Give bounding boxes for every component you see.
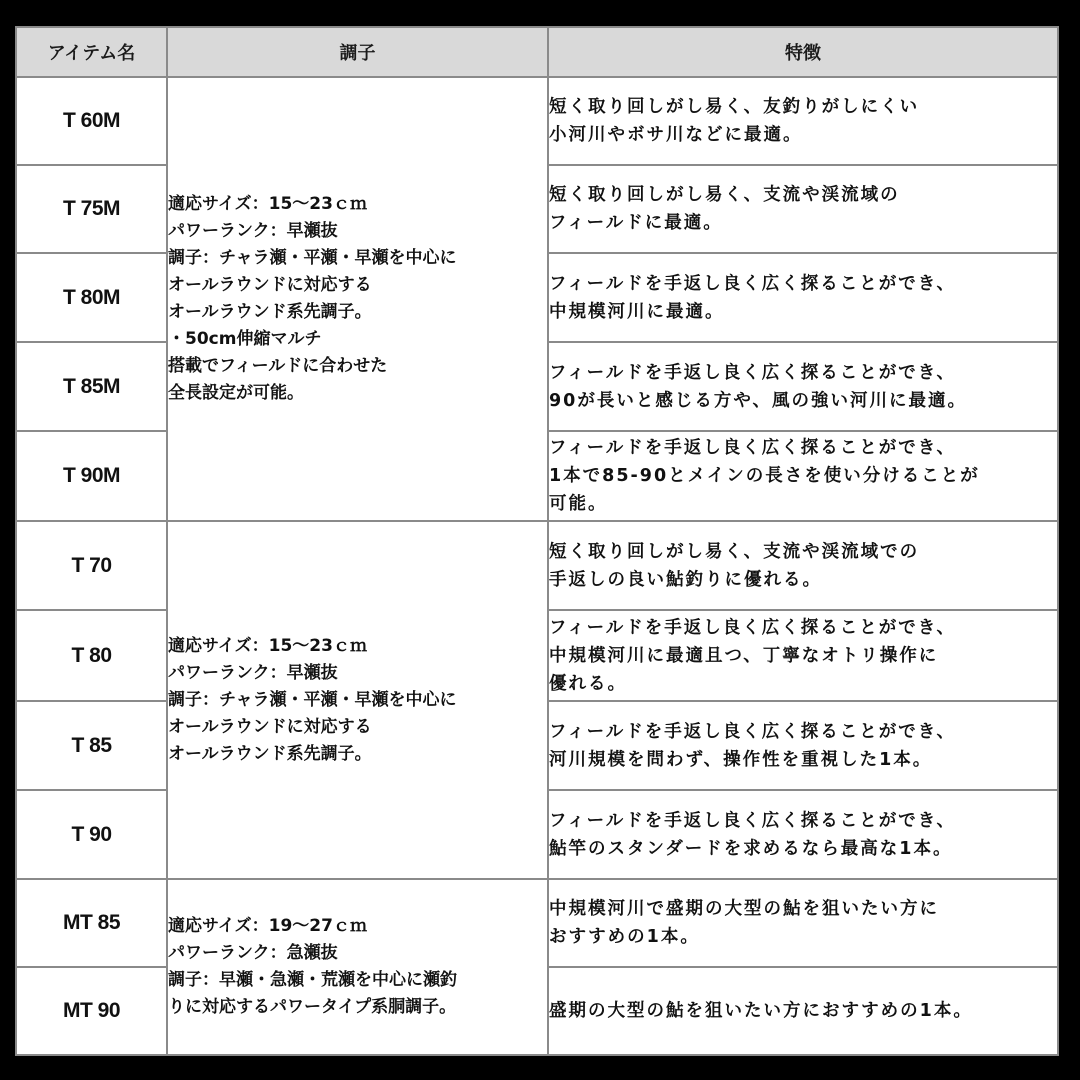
feature-text: フィールドを手返し良く広く探ることができ、 1本で85-90とメインの長さを使い… bbox=[548, 431, 1058, 521]
header-tone: 調子 bbox=[167, 27, 548, 77]
product-spec-table: アイテム名 調子 特徴 T 60M 適応サイズ：15〜23ｃｍ パワーランク：早… bbox=[15, 26, 1059, 1056]
feature-text: 短く取り回しがし易く、友釣りがしにくい 小河川やボサ川などに最適。 bbox=[548, 77, 1058, 165]
item-name: T 90M bbox=[16, 431, 167, 521]
item-name: T 80M bbox=[16, 253, 167, 342]
item-name: MT 85 bbox=[16, 879, 167, 967]
table-row: T 70 適応サイズ：15〜23ｃｍ パワーランク：早瀬抜 調子：チャラ瀬・平瀬… bbox=[16, 521, 1058, 610]
feature-text: 短く取り回しがし易く、支流や渓流域での 手返しの良い鮎釣りに優れる。 bbox=[548, 521, 1058, 610]
table-header-row: アイテム名 調子 特徴 bbox=[16, 27, 1058, 77]
item-name: T 60M bbox=[16, 77, 167, 165]
feature-text: フィールドを手返し良く広く探ることができ、 鮎竿のスタンダードを求めるなら最高な… bbox=[548, 790, 1058, 879]
item-name: T 70 bbox=[16, 521, 167, 610]
tone-description: 適応サイズ：15〜23ｃｍ パワーランク：早瀬抜 調子：チャラ瀬・平瀬・早瀬を中… bbox=[167, 77, 548, 521]
feature-text: フィールドを手返し良く広く探ることができ、 河川規模を問わず、操作性を重視した1… bbox=[548, 701, 1058, 790]
item-name: T 85M bbox=[16, 342, 167, 431]
item-name: MT 90 bbox=[16, 967, 167, 1055]
table-row: MT 85 適応サイズ：19〜27ｃｍ パワーランク：急瀬抜 調子：早瀬・急瀬・… bbox=[16, 879, 1058, 967]
header-item-name: アイテム名 bbox=[16, 27, 167, 77]
item-name: T 85 bbox=[16, 701, 167, 790]
feature-text: 中規模河川で盛期の大型の鮎を狙いたい方に おすすめの1本。 bbox=[548, 879, 1058, 967]
tone-description: 適応サイズ：15〜23ｃｍ パワーランク：早瀬抜 調子：チャラ瀬・平瀬・早瀬を中… bbox=[167, 521, 548, 879]
feature-text: 盛期の大型の鮎を狙いたい方におすすめの1本。 bbox=[548, 967, 1058, 1055]
item-name: T 80 bbox=[16, 610, 167, 701]
tone-description: 適応サイズ：19〜27ｃｍ パワーランク：急瀬抜 調子：早瀬・急瀬・荒瀬を中心に… bbox=[167, 879, 548, 1055]
spec-sheet: アイテム名 調子 特徴 T 60M 適応サイズ：15〜23ｃｍ パワーランク：早… bbox=[15, 26, 1057, 1054]
feature-text: 短く取り回しがし易く、支流や渓流域の フィールドに最適。 bbox=[548, 165, 1058, 253]
item-name: T 75M bbox=[16, 165, 167, 253]
table-row: T 60M 適応サイズ：15〜23ｃｍ パワーランク：早瀬抜 調子：チャラ瀬・平… bbox=[16, 77, 1058, 165]
feature-text: フィールドを手返し良く広く探ることができ、 中規模河川に最適且つ、丁寧なオトリ操… bbox=[548, 610, 1058, 701]
feature-text: フィールドを手返し良く広く探ることができ、 90が長いと感じる方や、風の強い河川… bbox=[548, 342, 1058, 431]
header-features: 特徴 bbox=[548, 27, 1058, 77]
feature-text: フィールドを手返し良く広く探ることができ、 中規模河川に最適。 bbox=[548, 253, 1058, 342]
item-name: T 90 bbox=[16, 790, 167, 879]
